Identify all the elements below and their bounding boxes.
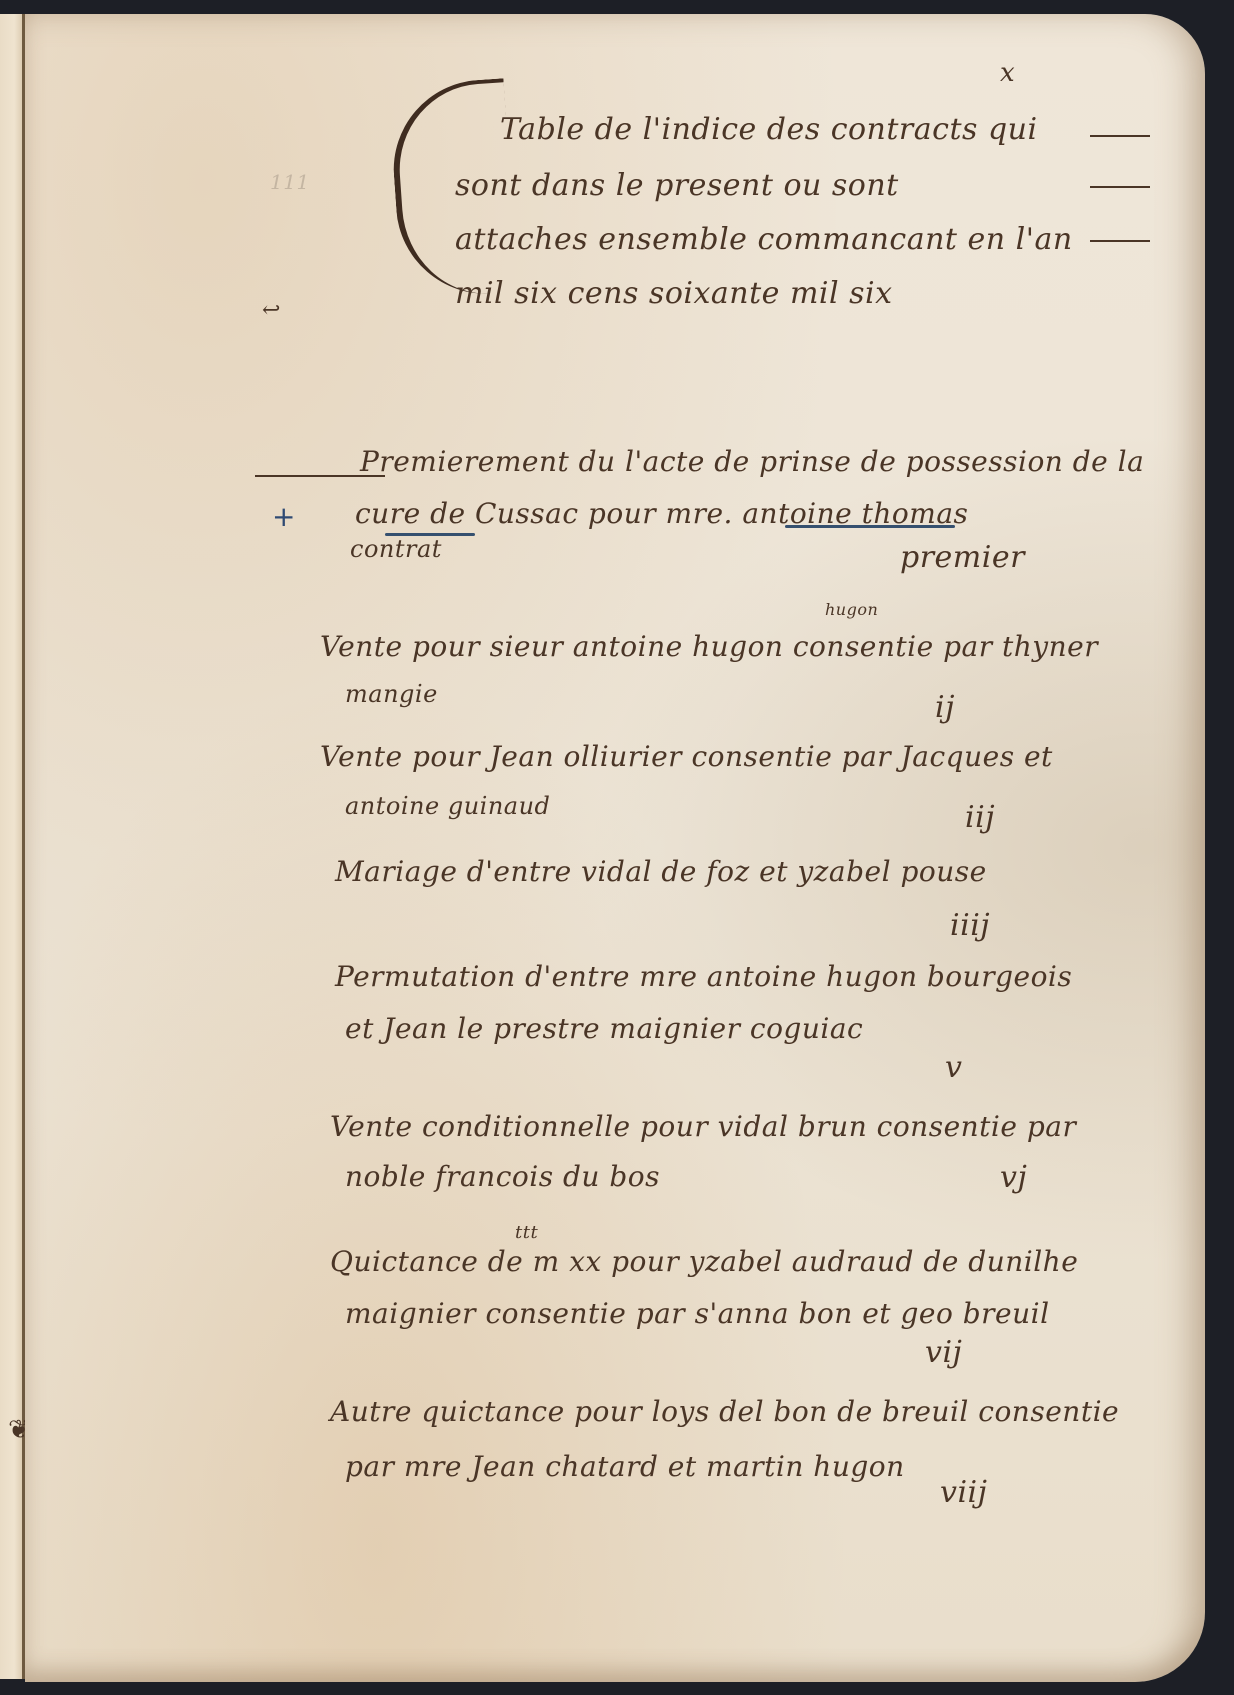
line-filler — [1090, 240, 1150, 242]
entry-6-line-1: Vente conditionnelle pour vidal brun con… — [330, 1110, 1076, 1143]
entry-6-line-2: noble francois du bos — [345, 1160, 660, 1193]
entry-8-line-2: par mre Jean chatard et martin hugon — [345, 1450, 905, 1483]
entry-5-numeral: v — [945, 1050, 962, 1085]
entry-1-line-1: Premierement du l'acte de prinse de poss… — [360, 445, 1144, 478]
title-line-3: attaches ensemble commancant en l'an — [455, 222, 1073, 257]
bleed-through-text: 111 — [270, 170, 310, 194]
title-line-1: Table de l'indice des contracts qui — [500, 112, 1038, 147]
entry-3-numeral: iij — [965, 800, 995, 835]
line-filler — [1090, 135, 1150, 137]
entry-2-numeral: ij — [935, 690, 955, 725]
entry-3-line-2: antoine guinaud — [345, 792, 550, 820]
entry-4-numeral: iiij — [950, 908, 990, 943]
entry-7-superscript: ttt — [515, 1222, 538, 1243]
entry-2-line-1: Vente pour sieur antoine hugon consentie… — [320, 630, 1098, 663]
entry-2-line-2: mangie — [345, 680, 438, 708]
entry-6-numeral: vj — [1000, 1160, 1027, 1195]
line-filler — [1090, 186, 1150, 188]
entry-1-line-3: contrat — [350, 535, 442, 563]
corner-mark: x — [1000, 58, 1015, 88]
entry-7-line-2: maignier consentie par s'anna bon et geo… — [345, 1297, 1050, 1330]
entry-3-line-1: Vente pour Jean olliurier consentie par … — [320, 740, 1053, 773]
margin-mark: ↩ — [262, 298, 281, 323]
manuscript-page — [25, 14, 1205, 1682]
entry-2-superscript: hugon — [825, 600, 878, 619]
title-line-4: mil six cens soixante mil six — [455, 276, 893, 311]
entry-7-numeral: vij — [925, 1335, 962, 1370]
margin-cross: + — [272, 500, 295, 533]
entry-8-line-1: Autre quictance pour loys del bon de bre… — [330, 1395, 1119, 1428]
title-line-2: sont dans le present ou sont — [455, 168, 899, 203]
entry-5-line-2: et Jean le prestre maignier coguiac — [345, 1012, 863, 1045]
blue-underline — [785, 525, 955, 528]
entry-8-numeral: viij — [940, 1475, 987, 1510]
entry-4-line-1: Mariage d'entre vidal de foz et yzabel p… — [335, 855, 987, 888]
entry-1-numeral: premier — [900, 540, 1025, 575]
entry-7-line-1: Quictance de m xx pour yzabel audraud de… — [330, 1245, 1078, 1278]
entry-5-line-1: Permutation d'entre mre antoine hugon bo… — [335, 960, 1072, 993]
